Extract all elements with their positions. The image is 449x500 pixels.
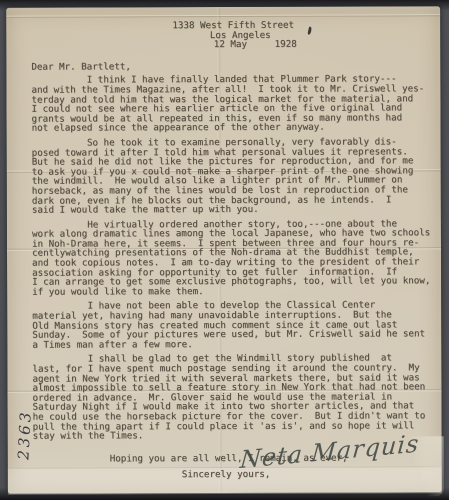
letter-body: I think I have finally landed that Plumm…: [31, 75, 436, 442]
paragraph: I think I have finally landed that Plumm…: [31, 75, 435, 134]
archive-number-note: 2363: [14, 404, 35, 465]
letter-line: a Times man after a few more.: [32, 339, 436, 350]
letter-paper: 1338 West Fifth Street Los Angeles 12 Ma…: [6, 6, 442, 494]
paragraph: I have not been able to develop the Clas…: [32, 301, 436, 350]
paragraph: So he took it to examine personally, ver…: [32, 137, 436, 215]
letter-header: 1338 West Fifth Street Los Angeles 12 Ma…: [31, 20, 435, 50]
letter-date: 12 May 1928: [53, 39, 449, 50]
paragraph: He virtually ordered another story, too,…: [32, 219, 436, 297]
letter-line: not elapsed since the appearance of the …: [32, 123, 436, 134]
letter-content: 1338 West Fifth Street Los Angeles 12 Ma…: [31, 20, 437, 480]
salutation: Dear Mr. Bartlett,: [31, 61, 435, 72]
letter-line: if you would like to make them.: [32, 286, 436, 297]
paper-crease: [6, 14, 440, 18]
closing-valediction: Sincerely yours,: [33, 470, 437, 481]
paragraph: I shall be glad to get the Windmill stor…: [32, 354, 436, 442]
letter-line: said I would take the matter up with you…: [32, 204, 436, 215]
